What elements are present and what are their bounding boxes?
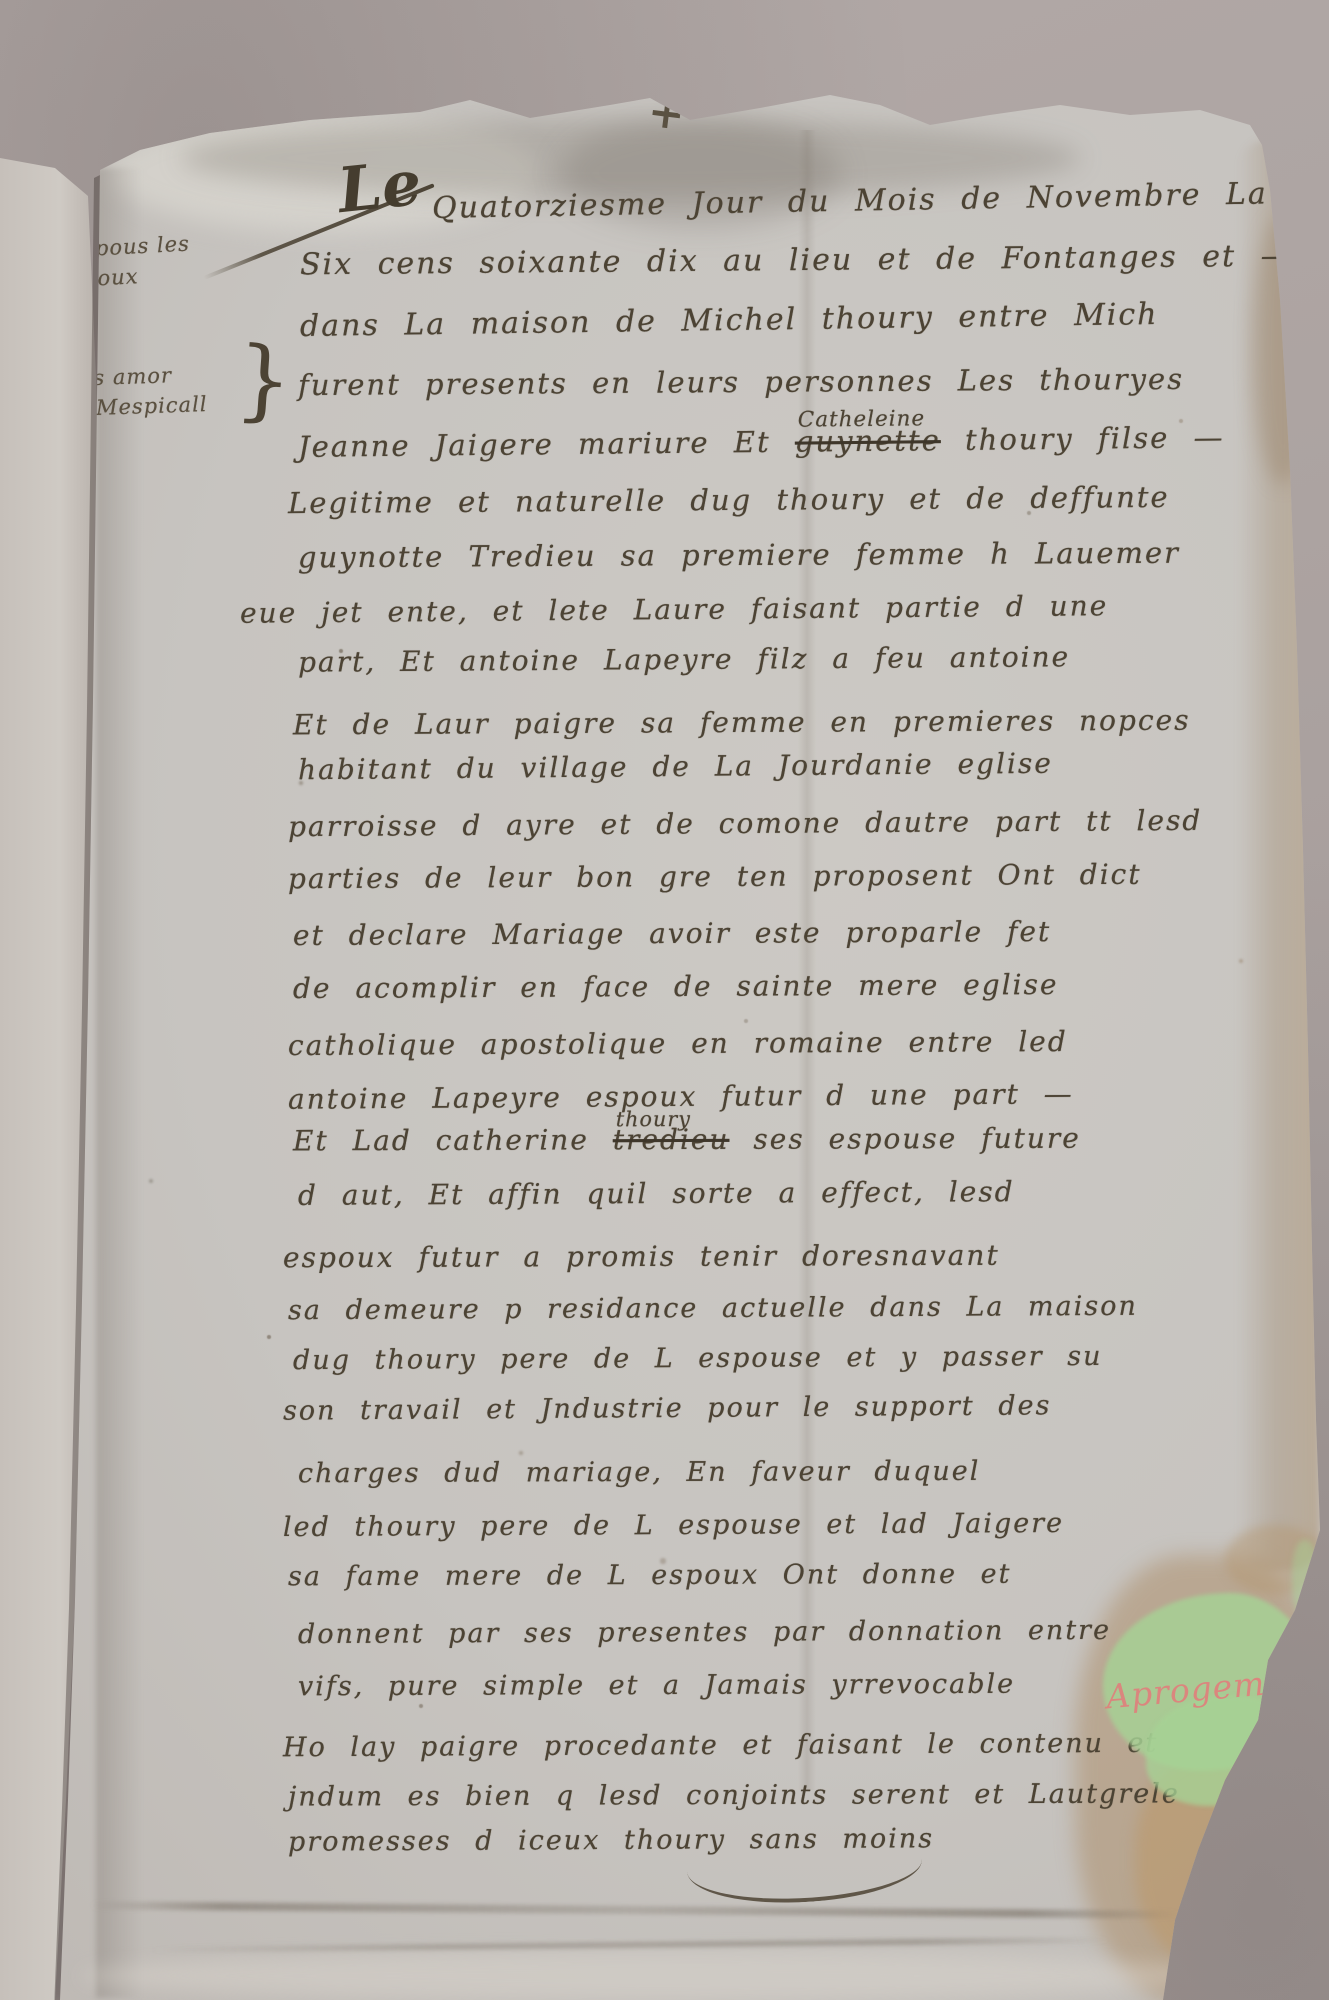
handwritten-line: son travail et Jndustrie pour le support…: [283, 1390, 1052, 1426]
top-cross-mark: +: [645, 86, 688, 141]
bottom-fold-crease-2: [150, 1937, 1110, 1953]
handwritten-line: Et Lad catherine thourytredieu ses espou…: [293, 1122, 1081, 1158]
handwritten-line: Jeanne Jaigere mariure Et Catheleineguyn…: [298, 420, 1225, 464]
handwritten-line: charges dud mariage, En faveur duquel: [298, 1456, 980, 1489]
bottom-fold-crease: [90, 1901, 1180, 1919]
margin-brace: }: [232, 326, 295, 433]
gutter-shadow: [96, 168, 142, 1998]
handwritten-line: dans La maison de Michel thoury entre Mi…: [300, 297, 1159, 344]
handwritten-line: furent presents en leurs personnes Les t…: [298, 362, 1184, 402]
handwritten-line: Six cens soixante dix au lieu et de Font…: [300, 239, 1293, 283]
handwritten-line: et declare Mariage avoir este proparle f…: [293, 915, 1051, 952]
handwritten-line: eue jet ente, et lete Laure faisant part…: [240, 589, 1109, 630]
handwritten-line: promesses d iceux thoury sans moins: [288, 1823, 934, 1857]
interlinear-insertion: Catheleine: [798, 407, 926, 433]
handwritten-line: habitant du village de La Jourdanie egli…: [298, 747, 1053, 787]
handwritten-line: Et de Laur paigre sa femme en premieres …: [293, 704, 1191, 742]
watermark-blob-2: [1146, 1696, 1311, 1806]
handwritten-line: Ho lay paigre procedante et faisant le c…: [283, 1728, 1158, 1764]
watermark-blob-3: [1226, 1788, 1298, 1872]
handwritten-line: jndum es bien q lesd conjoints serent et…: [288, 1778, 1180, 1812]
manuscript-page: + Le despous les expoux d pois amor prey…: [0, 0, 1329, 2000]
handwritten-line: catholique apostolique en romaine entre …: [288, 1025, 1068, 1062]
handwritten-line: d aut, Et affin quil sorte a effect, les…: [298, 1175, 1015, 1212]
handwritten-line: espoux futur a promis tenir doresnavant: [283, 1239, 1000, 1275]
below-crease-highlight: [80, 1952, 1230, 2000]
handwritten-line: sa demeure p residance actuelle dans La …: [288, 1291, 1138, 1326]
photographed-manuscript-page: + Le despous les expoux d pois amor prey…: [0, 0, 1329, 2000]
handwritten-line: led thoury pere de L espouse et lad Jaig…: [283, 1508, 1064, 1543]
watermark-blob-streak: [1292, 1540, 1318, 1618]
handwritten-line: sa fame mere de L espoux Ont donne et: [288, 1559, 1012, 1593]
handwritten-line: donnent par ses presentes par donnation …: [298, 1615, 1111, 1650]
handwritten-line: part, Et antoine Lapeyre filz a feu anto…: [298, 640, 1070, 678]
handwritten-line: parties de leur bon gre ten proposent On…: [288, 858, 1142, 895]
struck-word-with-insertion: thourytredieu: [613, 1123, 730, 1156]
interlinear-insertion: thoury: [616, 1107, 691, 1131]
initial-capital: Le: [334, 146, 424, 227]
handwritten-line: dug thoury pere de L espouse et y passer…: [293, 1341, 1103, 1376]
ink-specks: [0, 0, 2, 2]
handwritten-line: vifs, pure simple et a Jamais yrrevocabl…: [298, 1669, 1015, 1703]
closing-flourish: [687, 1850, 924, 1910]
handwritten-line: de acomplir en face de sainte mere eglis…: [293, 968, 1059, 1005]
handwritten-line: guynotte Tredieu sa premiere femme h Lau…: [298, 536, 1180, 575]
handwritten-line: parroisse d ayre et de comone dautre par…: [288, 804, 1203, 843]
struck-word-with-insertion: Catheleineguynette: [795, 423, 941, 459]
handwritten-line: Legitime et naturelle dug thoury et de d…: [288, 480, 1170, 520]
